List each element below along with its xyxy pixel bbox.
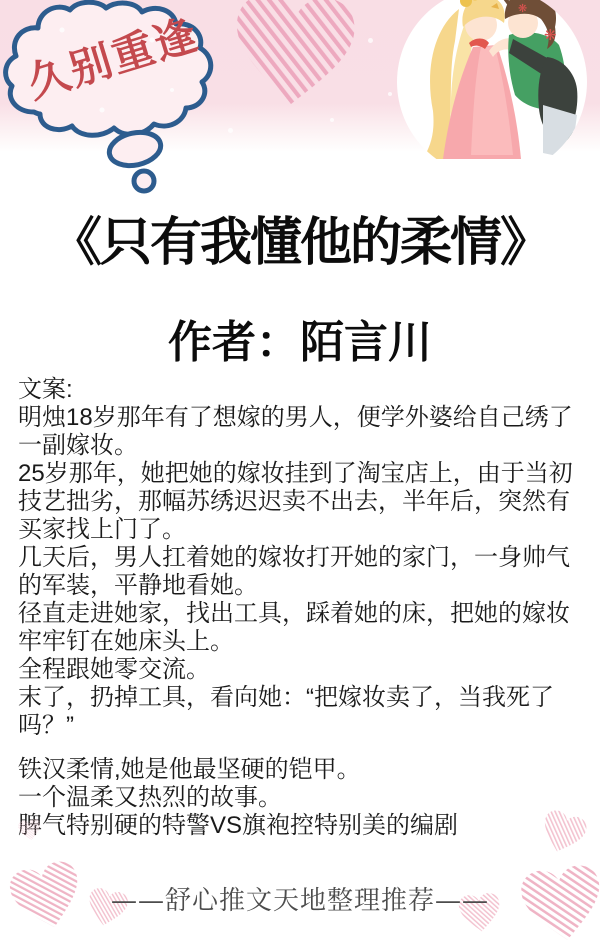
synopsis-paragraph: 全程跟她零交流。 <box>18 656 592 684</box>
tagline-line: 铁汉柔情,她是他最坚硬的铠甲。 <box>18 756 592 784</box>
synopsis-label: 文案: <box>18 376 592 404</box>
striped-heart-icon <box>226 0 362 114</box>
book-title: 《只有我懂他的柔情》 <box>0 210 600 278</box>
speckle-dot <box>368 38 373 43</box>
synopsis-paragraph: 几天后，男人扛着她的嫁妆打开她的家门，一身帅气的军装，平静地看她。 <box>18 544 592 600</box>
sparkle-icon: ❋ <box>518 2 527 15</box>
thought-bubble: 久别重逢 <box>2 0 227 205</box>
sparkle-icon: ❋ <box>544 26 557 44</box>
synopsis-paragraph: 明烛18岁那年有了想嫁的男人，便学外婆给自己绣了一副嫁妆。 <box>18 404 592 460</box>
synopsis-paragraph: 末了，扔掉工具，看向她：“把嫁妆卖了，当我死了吗？” <box>18 684 592 740</box>
book-author: 作者：陌言川 <box>0 314 600 371</box>
couple-illustration <box>397 0 587 177</box>
speckle-dot <box>388 92 392 96</box>
tagline-line: 脾气特别硬的特警VS旗袍控特别美的编剧 <box>18 812 592 840</box>
synopsis-paragraph: 径直走进她家，找出工具，踩着她的床，把她的嫁妆牢牢钉在她床头上。 <box>18 600 592 656</box>
speckle-dot <box>228 128 233 133</box>
synopsis-paragraph: 25岁那年，她把她的嫁妆挂到了淘宝店上，由于当初技艺拙劣，那幅苏绣迟迟卖不出去，… <box>18 460 592 544</box>
synopsis-section: 文案: 明烛18岁那年有了想嫁的男人，便学外婆给自己绣了一副嫁妆。 25岁那年，… <box>18 376 592 840</box>
speckle-dot <box>330 118 334 122</box>
striped-heart-icon <box>16 816 44 844</box>
tagline-block: 铁汉柔情,她是他最坚硬的铠甲。 一个温柔又热烈的故事。 脾气特别硬的特警VS旗袍… <box>18 756 592 840</box>
tagline-line: 一个温柔又热烈的故事。 <box>18 784 592 812</box>
footer-credit: ——舒心推文天地整理推荐—— <box>0 880 600 917</box>
